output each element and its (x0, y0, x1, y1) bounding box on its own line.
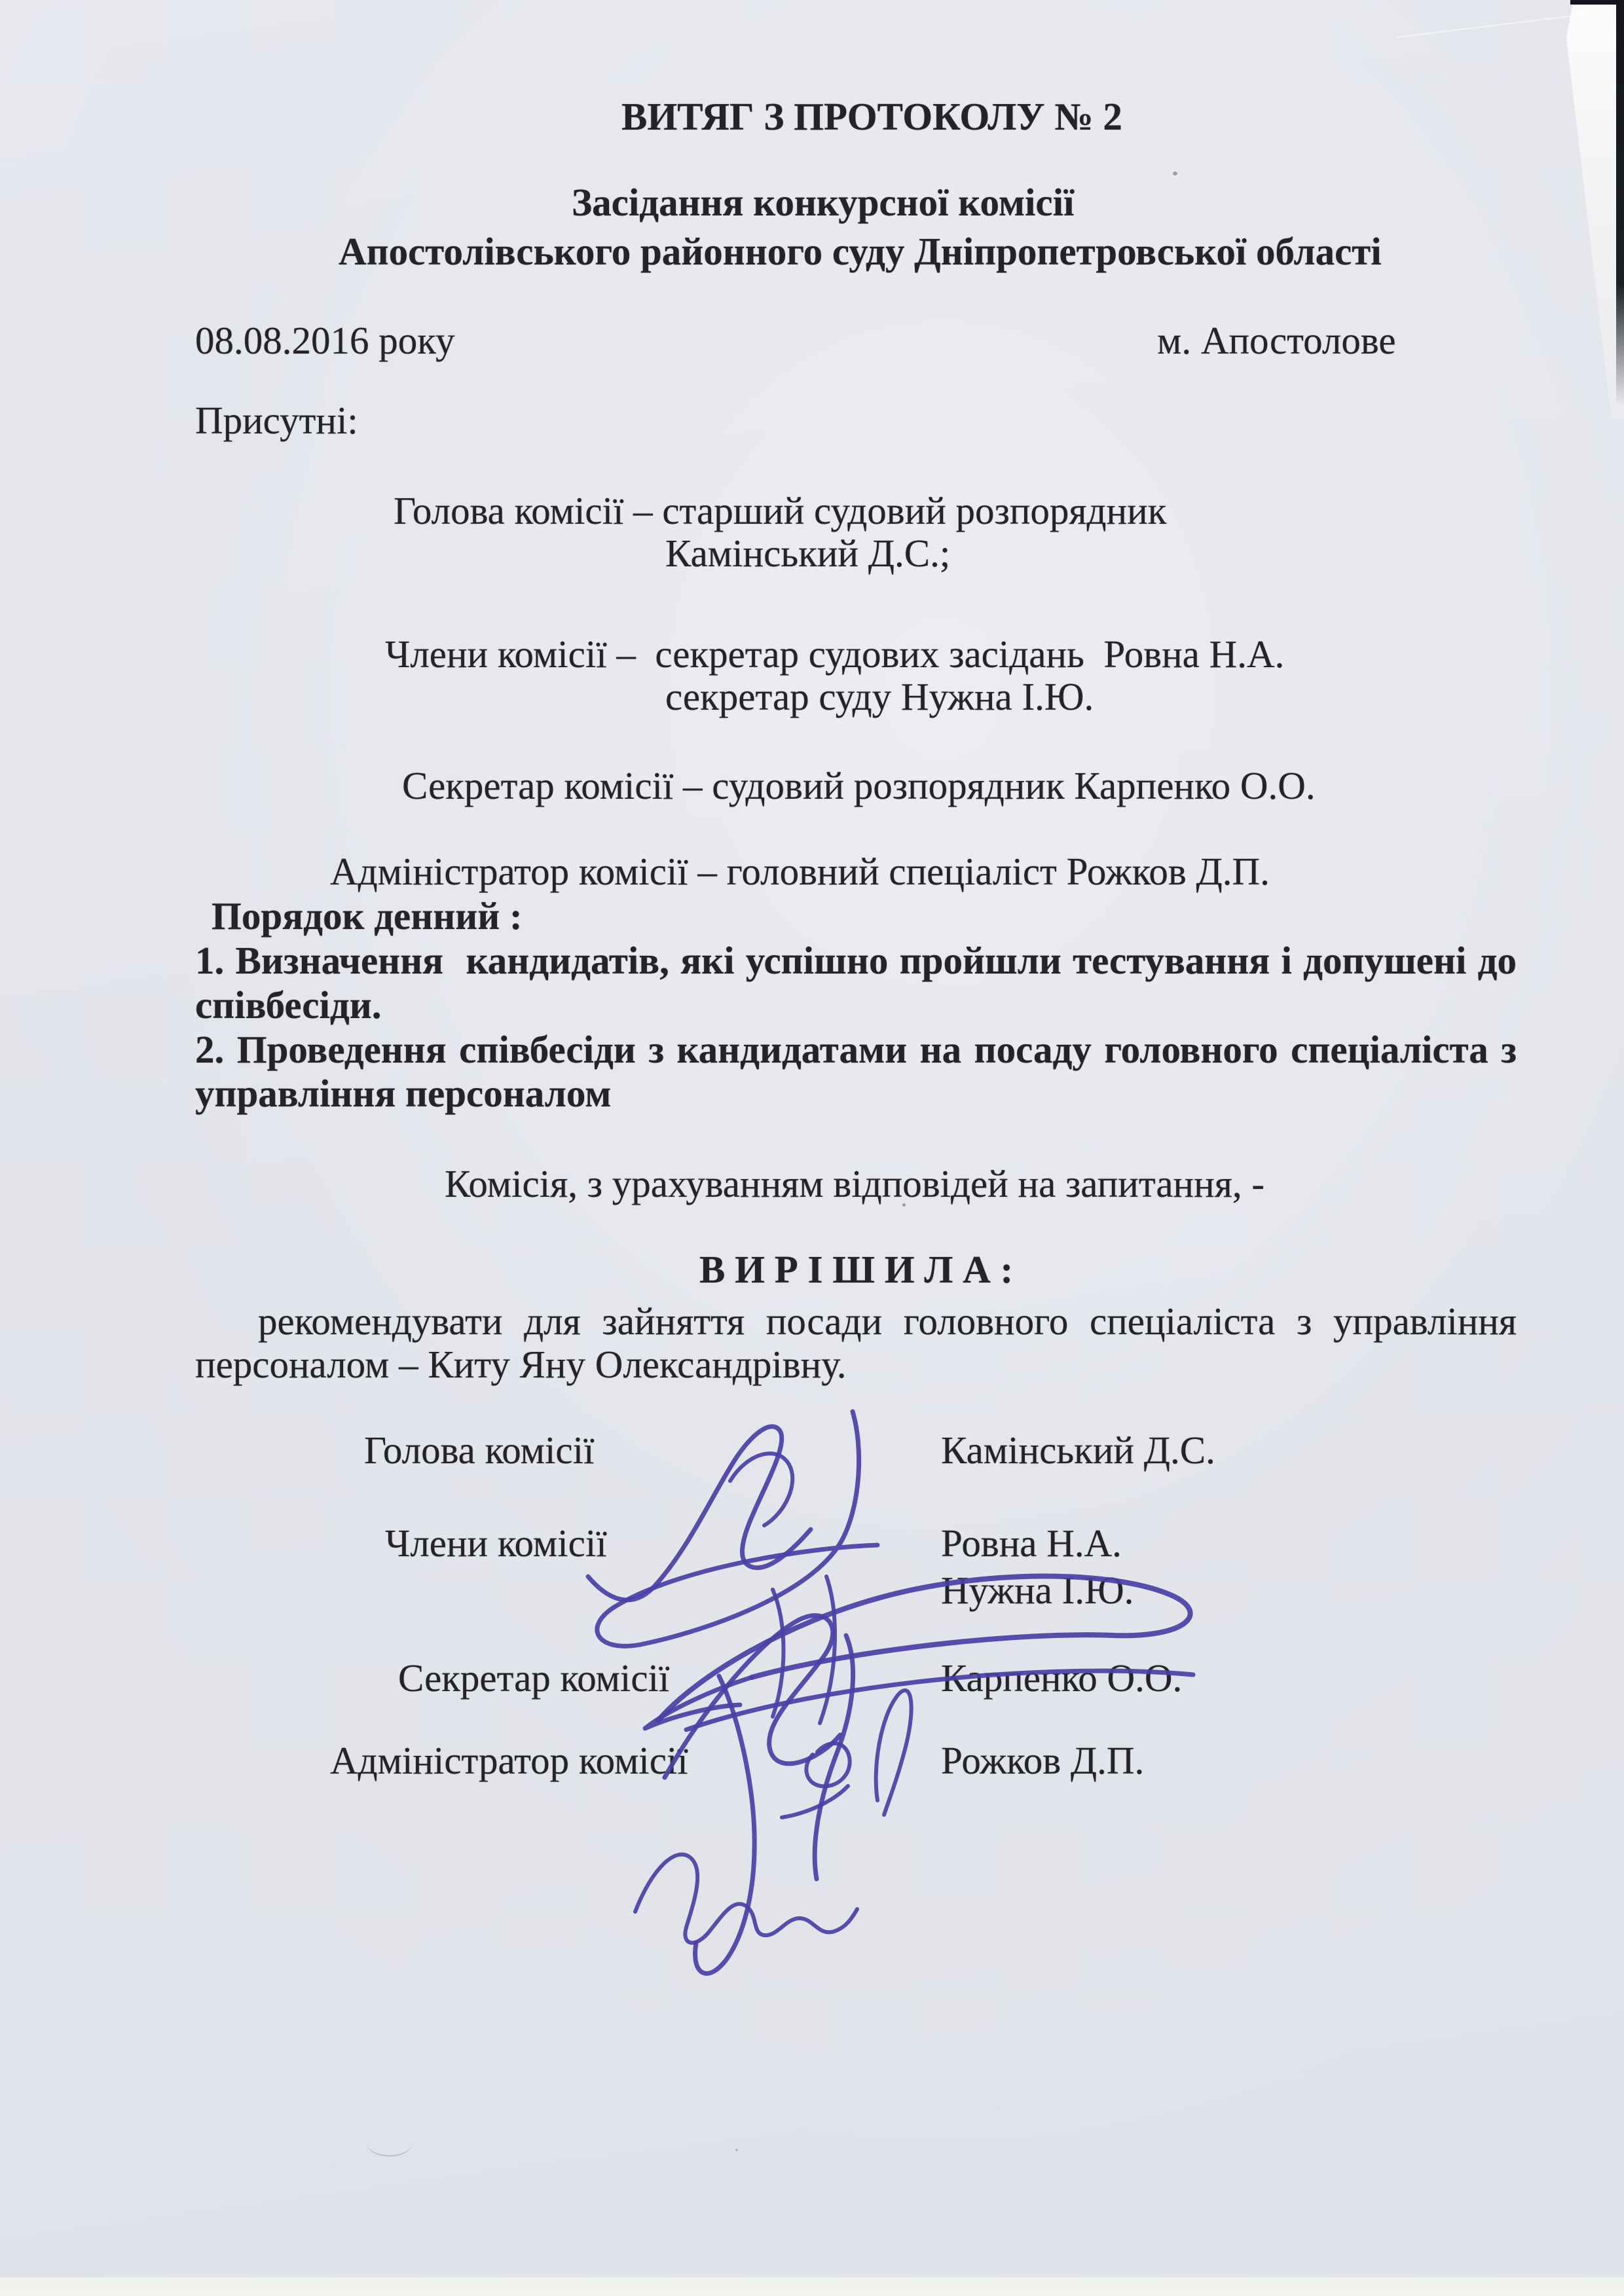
signature-row-chairman: Голова комісії Камінський Д.С. (0, 1428, 1624, 1474)
signature-person-name: Карпенко О.О. (941, 1656, 1182, 1700)
meeting-subtitle-line2: Апостолівського районного суду Дніпропет… (339, 229, 1382, 274)
agenda-item-1-line2: співбесіди. (195, 983, 381, 1027)
signature-role-label: Голова комісії (364, 1428, 594, 1472)
administrator-line: Адміністратор комісії – головний спеціал… (330, 849, 1270, 894)
signature-person-name: Рожков Д.П. (941, 1738, 1144, 1783)
decision-line1: рекомендувати для зайняття посади головн… (258, 1299, 1517, 1343)
paper-scratch (367, 2129, 413, 2157)
scan-edge-shadow (1616, 0, 1624, 406)
decision-line2: персоналом – Киту Яну Олександрівну. (195, 1342, 847, 1387)
agenda-item-2-line2: управління персоналом (195, 1071, 611, 1116)
members-line2: секретар суду Нужна І.Ю. (665, 674, 1094, 719)
scan-bottom-band (0, 2277, 1624, 2296)
paper-speck (735, 2149, 738, 2151)
document-date: 08.08.2016 року (195, 318, 455, 363)
agenda-heading: Порядок денний : (212, 894, 523, 938)
signature-role-label: Члени комісії (385, 1521, 607, 1565)
scan-top-edge (1570, 0, 1624, 5)
signature-person-name: Камінський Д.С. (941, 1428, 1215, 1472)
agenda-item-1-line1: 1. Визначення кандидатів, які успішно пр… (195, 938, 1517, 983)
scanned-document-page: ВИТЯГ З ПРОТОКОЛУ № 2 Засідання конкурсн… (0, 0, 1624, 2296)
decision-heading: В И Р І Ш И Л А : (699, 1247, 1013, 1292)
signature-row-secretary: Секретар комісії Карпенко О.О. (0, 1656, 1624, 1702)
signature-row-administrator: Адміністратор комісії Рожков Д.П. (0, 1738, 1624, 1784)
chairman-line2: Камінський Д.С.; (665, 531, 950, 575)
commission-line: Комісія, з урахуванням відповідей на зап… (445, 1161, 1264, 1206)
paper-speck (1173, 172, 1177, 175)
present-label: Присутні: (195, 398, 358, 443)
signature-person-name: Ровна Н.А. (941, 1521, 1122, 1565)
signature-row-member-1: Члени комісії Ровна Н.А. (0, 1521, 1624, 1567)
signature-person-name: Нужна І.Ю. (941, 1568, 1134, 1613)
document-place: м. Апостолове (1157, 318, 1396, 363)
signature-row-member-2: Нужна І.Ю. (0, 1568, 1624, 1614)
paper-fold-line (1395, 13, 1591, 39)
document-title: ВИТЯГ З ПРОТОКОЛУ № 2 (621, 94, 1122, 139)
secretary-line: Секретар комісії – судовий розпорядник К… (402, 763, 1316, 808)
signature-role-label: Адміністратор комісії (330, 1738, 688, 1783)
chairman-line1: Голова комісії – старший судовий розпоря… (394, 488, 1166, 533)
meeting-subtitle-line1: Засідання конкурсної комісії (572, 180, 1074, 225)
signature-role-label: Секретар комісії (398, 1656, 669, 1700)
agenda-item-2-line1: 2. Проведення співбесіди з кандидатами н… (195, 1027, 1517, 1072)
members-line1: Члени комісії – секретар судових засідан… (385, 632, 1284, 676)
scanner-bed-corner (1566, 0, 1624, 419)
